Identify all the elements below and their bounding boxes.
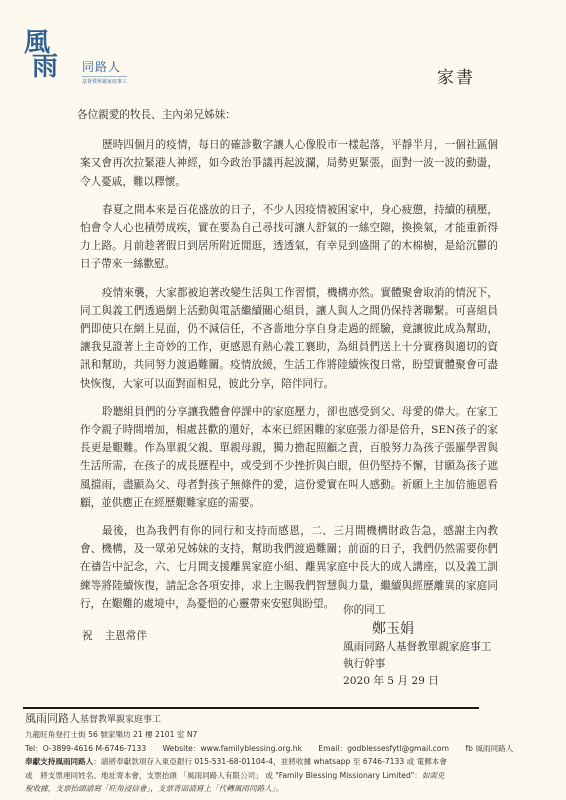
fb-label: fb	[465, 744, 473, 753]
footer-org-name-sub: 基督教單親家庭事工	[80, 715, 161, 725]
signature-prefix: 你的同工	[343, 602, 491, 619]
document-title: 家書	[437, 63, 475, 88]
tel-label: Tel：	[25, 744, 43, 753]
signer-title: 執行幹事	[343, 656, 491, 673]
footer-donation: 奉獻支持風雨同路人：請將奉獻款項存入東亞銀行 015-531-68-01104-…	[25, 755, 545, 769]
website-label: Website：	[163, 744, 201, 753]
letter-body: 各位親愛的牧長、主內弟兄姊妹： 歷時四個月的疫情，每日的確診數字讓人心像股市一樣…	[80, 106, 498, 645]
logo-subtitle: 基督教單親家庭事工	[82, 76, 127, 85]
cheque-text: 或 將支票連同姓名、地址寄本會，支票抬頭 「風雨同路人有限公司」 或 "Fami…	[25, 771, 422, 780]
footer-org-name: 風雨同路人基督教單親家庭事工	[25, 711, 545, 728]
footer-contacts: Tel：O-3899-4616 M-6746-7133 Website：www.…	[25, 742, 545, 756]
website-link[interactable]: www.familyblessing.org.hk	[200, 744, 302, 753]
closing-blessing: 主恩常伴	[105, 630, 147, 642]
logo-char-rain: 雨	[32, 54, 56, 80]
paragraph-1: 歷時四個月的疫情，每日的確診數字讓人心像股市一樣起落，平靜半月，一個社區個案又會…	[80, 136, 498, 191]
salutation: 各位親愛的牧長、主內弟兄姊妹：	[77, 106, 498, 124]
footer: 風雨同路人基督教單親家庭事工 九龍旺角登打士街 56 號家樂坊 21 樓 210…	[25, 711, 545, 796]
letter-date: 2020 年 5 月 29 日	[343, 673, 491, 690]
signer-organization: 風雨同路人基督教單親家庭事工	[343, 639, 491, 656]
footer-org-name-main: 風雨同路人	[25, 712, 80, 725]
footer-cheque: 或 將支票連同姓名、地址寄本會，支票抬頭 「風雨同路人有限公司」 或 "Fami…	[25, 769, 545, 783]
footer-divider	[23, 707, 479, 709]
signature-block: 你的同工 鄭玉娟 風雨同路人基督教單親家庭事工 執行幹事 2020 年 5 月 …	[343, 602, 491, 690]
donation-heading: 奉獻支持風雨同路人	[25, 757, 93, 766]
donation-text: ：請將奉獻款項存入東亞銀行 015-531-68-01104-4，並將收據 wh…	[93, 757, 447, 766]
signer-name: 鄭玉娟	[343, 619, 491, 639]
tax-note-start: 如需免	[422, 771, 445, 780]
email-label: Email：	[318, 744, 347, 753]
fb-link[interactable]: 風雨同路人	[475, 744, 513, 753]
paragraph-5: 最後，也為我們有你的同行和支持而感恩，二、三月間機構財政告急，感謝主內教會、機構…	[80, 522, 498, 613]
paragraph-4: 聆聽組員們的分享讓我體會停課中的家庭壓力，卻也感受到父、母愛的偉大。在家工作令親…	[80, 403, 498, 512]
organization-logo: 風 雨 同路人 基督教單親家庭事工	[24, 30, 144, 88]
paragraph-2: 春夏之間本來是百花盛放的日子，不少人因疫情被困家中，身心疲憊，持續的積壓，怕會令…	[80, 201, 498, 274]
footer-tax-note: 稅收據，支票抬頭請寫「旺角浸信會」，支票背面請寫上「代轉風雨同路人」。	[25, 782, 545, 796]
email-link[interactable]: godblessesfytl@gmail.com	[347, 744, 449, 753]
paragraph-3: 疫情來襲，大家都被迫著改變生活與工作習慣，機構亦然。實體聚會取消的情況下，同工與…	[80, 284, 498, 393]
closing-word: 祝	[82, 630, 93, 642]
logo-wordmark: 同路人	[82, 58, 121, 75]
tel-value: O-3899-4616 M-6746-7133	[43, 744, 146, 753]
footer-address: 九龍旺角登打士街 56 號家樂坊 21 樓 2101 室 N7	[25, 728, 545, 742]
